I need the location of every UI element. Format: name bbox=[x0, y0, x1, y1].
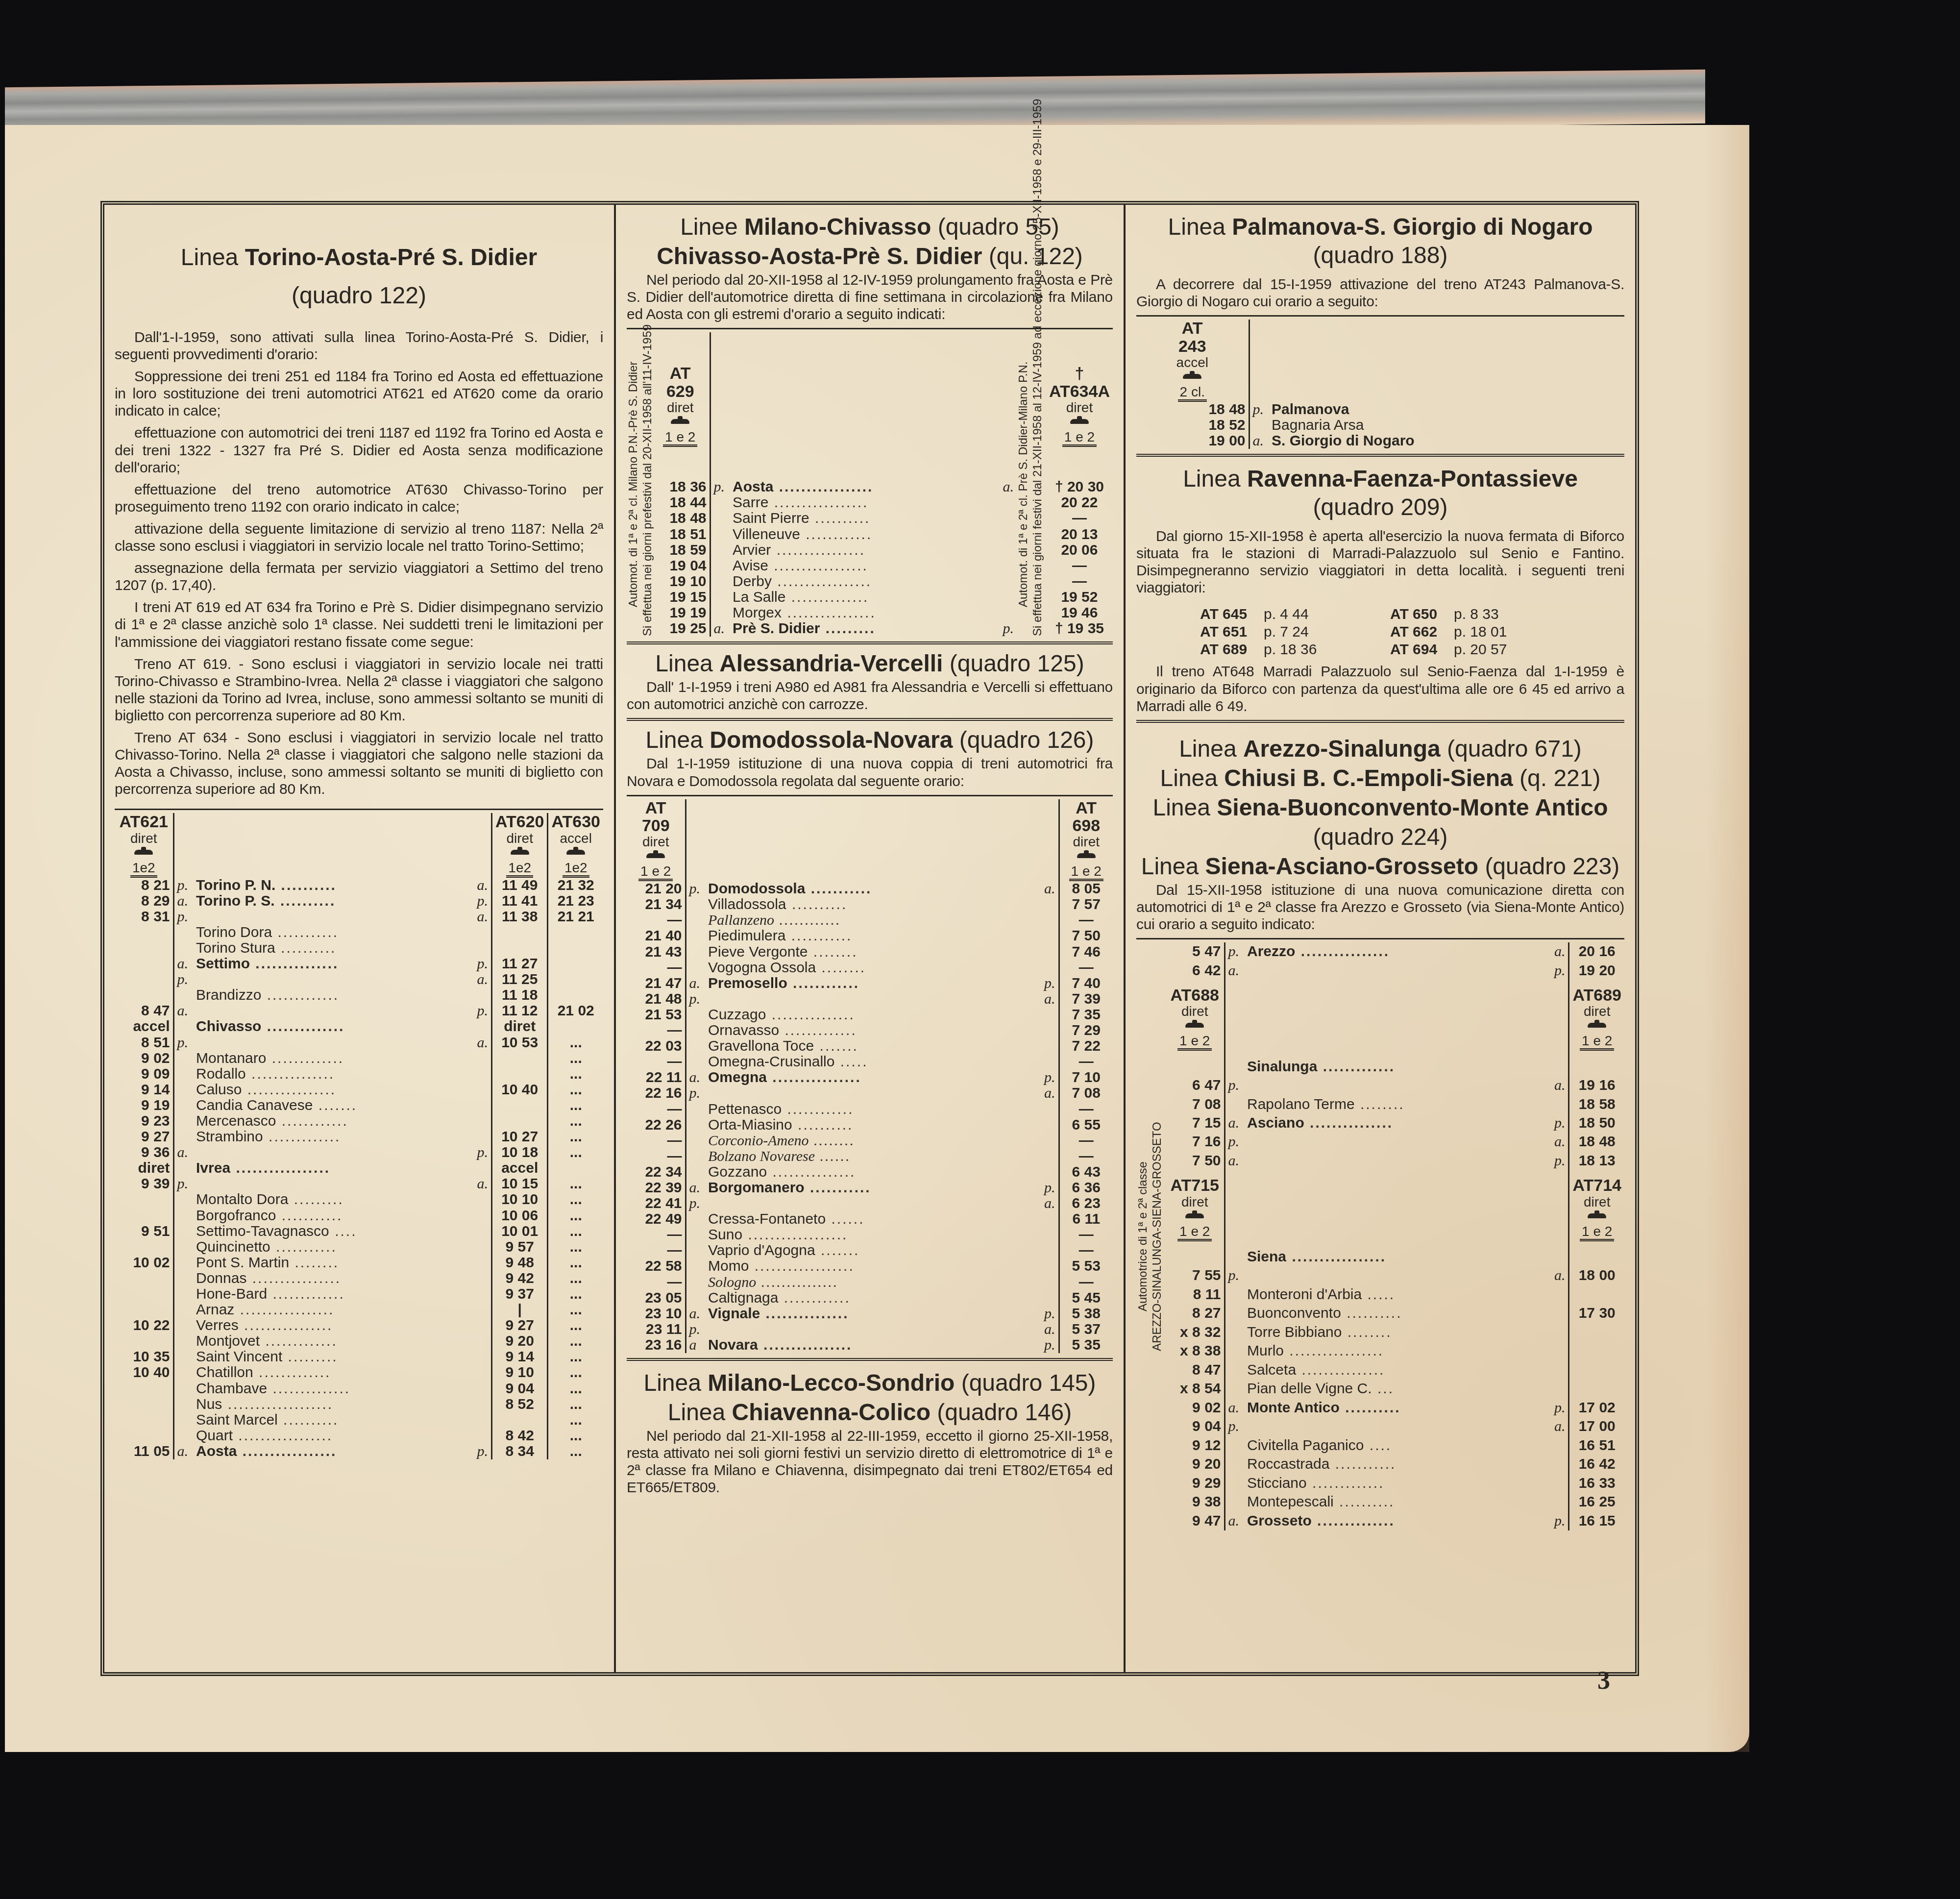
time-at630 bbox=[548, 1160, 603, 1176]
time-at630 bbox=[548, 940, 603, 956]
divider bbox=[1136, 938, 1624, 939]
dep-arr-mark bbox=[1039, 1243, 1059, 1258]
station-name: La Salle bbox=[733, 589, 785, 605]
dep-arr-mark bbox=[173, 1113, 193, 1129]
dep-arr-mark bbox=[1225, 1436, 1244, 1455]
station-cell bbox=[1244, 1417, 1549, 1436]
station-name: Piedimulera bbox=[708, 928, 785, 944]
dep-arr-mark bbox=[173, 1286, 193, 1302]
time-at709: — bbox=[627, 913, 686, 928]
dep-arr-mark: a. bbox=[686, 1180, 705, 1196]
station-name: Candia Canavese bbox=[196, 1097, 313, 1113]
dep-arr-mark bbox=[710, 543, 730, 558]
time-at620 bbox=[491, 1051, 548, 1066]
dep-arr-mark bbox=[472, 1318, 491, 1333]
time-at698: — bbox=[1059, 913, 1113, 928]
leader-dots: ........... bbox=[1329, 1456, 1396, 1472]
title-prefix: Linea bbox=[645, 727, 703, 753]
leader-dots: ........... bbox=[270, 1239, 337, 1255]
station-name: Grosseto bbox=[1247, 1513, 1312, 1529]
time-at620: 9 57 bbox=[491, 1239, 548, 1255]
station-name: Caltignaga bbox=[708, 1290, 778, 1306]
time-at630: ... bbox=[548, 1051, 603, 1066]
time-at620 bbox=[491, 1098, 548, 1113]
time-right: 17 00 bbox=[1569, 1417, 1624, 1436]
railcar-icon bbox=[1069, 416, 1090, 427]
table-row: 23 05Caltignaga ............5 45 bbox=[627, 1290, 1113, 1306]
time-at621: 10 35 bbox=[115, 1349, 173, 1365]
dep-arr-mark: p. bbox=[1549, 1152, 1569, 1170]
leader-dots: ..... bbox=[1362, 1286, 1395, 1303]
railcar-icon bbox=[1184, 1210, 1205, 1221]
time-at630: ... bbox=[548, 1333, 603, 1349]
time-at620: 9 37 bbox=[491, 1286, 548, 1302]
dep-arr-mark bbox=[472, 1349, 491, 1365]
train-number: 629 bbox=[654, 383, 707, 400]
train-entry: AT 694p. 20 57 bbox=[1390, 641, 1561, 658]
table-row: Arnaz .................|... bbox=[115, 1302, 603, 1318]
dep-arr-mark: a. bbox=[1039, 1322, 1059, 1337]
time-at620: 11 38 bbox=[491, 909, 548, 925]
leader-dots: ............... bbox=[1296, 1362, 1385, 1378]
dep-arr-mark bbox=[472, 925, 491, 940]
station-name: Palmanova bbox=[1269, 402, 1624, 418]
leader-dots: ............. bbox=[266, 1050, 344, 1066]
dep-arr-mark bbox=[173, 1365, 193, 1381]
dep-arr-mark bbox=[472, 1208, 491, 1224]
time-at620: 9 14 bbox=[491, 1349, 548, 1365]
train-number: AT689 bbox=[1572, 986, 1621, 1004]
station-cell: Piedimulera ........... bbox=[705, 928, 1039, 944]
station-cell: Settimo ............... bbox=[193, 956, 472, 972]
time-at243: 19 00 bbox=[1136, 433, 1249, 449]
time-at698: 6 43 bbox=[1059, 1164, 1113, 1180]
dep-arr-mark bbox=[1549, 1493, 1569, 1511]
station-cell: Pieve Vergonte ........ bbox=[705, 944, 1039, 960]
time-left: 7 16 bbox=[1166, 1133, 1225, 1151]
class-label: 1e2 bbox=[506, 861, 533, 878]
dep-arr-mark bbox=[173, 925, 193, 940]
time-at709: 21 53 bbox=[627, 1007, 686, 1023]
time-at620: 8 42 bbox=[491, 1428, 548, 1444]
dep-arr-mark bbox=[1549, 1455, 1569, 1474]
timetable-torino-aosta: AT621diret1e2AT620diret1e2AT630accel1e28… bbox=[115, 813, 603, 1459]
station-cell: Domodossola ........... bbox=[705, 881, 1039, 897]
leader-dots: .......... bbox=[278, 1412, 339, 1428]
table-row: 22 11a.Omegna ................p.7 10 bbox=[627, 1070, 1113, 1085]
timetable-palmanova: AT243accel2 cl.18 48p.Palmanova18 52Bagn… bbox=[1136, 320, 1624, 449]
quadro-label: (quadro 122) bbox=[115, 282, 603, 309]
station-name: Settimo-Tavagnasco bbox=[196, 1223, 329, 1239]
table-row: 9 12Civitella Paganico ....16 51 bbox=[1166, 1436, 1624, 1455]
dep-arr-mark: a. bbox=[472, 972, 491, 987]
time-left: x 8 54 bbox=[1166, 1380, 1225, 1398]
section-title-domodossola: Linea Domodossola-Novara (quadro 126) bbox=[627, 726, 1113, 755]
station-cell: Aosta ................. bbox=[730, 479, 997, 495]
title-line: Siena-Asciano-Grosseto bbox=[1205, 854, 1478, 880]
time-at709: 23 11 bbox=[627, 1322, 686, 1337]
station-cell: Torino Dora ........... bbox=[193, 925, 472, 940]
dep-arr-mark bbox=[1225, 1304, 1244, 1323]
station-cell: Hone-Bard ............. bbox=[193, 1286, 472, 1302]
time-at621: 9 51 bbox=[115, 1224, 173, 1239]
section-title-ravenna: Linea Ravenna-Faenza-Pontassieve bbox=[1136, 465, 1624, 494]
dep-arr-mark bbox=[472, 1160, 491, 1176]
time-at698: 5 38 bbox=[1059, 1306, 1113, 1322]
vertical-note-line: Automot. di 1ª e 2ª cl. Milano P.N.-Prè … bbox=[627, 332, 641, 636]
dep-arr-mark: a. bbox=[173, 956, 193, 972]
station-name: Settimo bbox=[196, 956, 250, 972]
dep-arr-mark: a. bbox=[472, 1176, 491, 1192]
table-row: 9 29Sticciano .............16 33 bbox=[1166, 1474, 1624, 1492]
quadro-label: (quadro 145) bbox=[961, 1370, 1096, 1396]
dep-arr-mark bbox=[1039, 1211, 1059, 1227]
leader-dots: ........ bbox=[808, 944, 857, 960]
station-name: Aosta bbox=[196, 1443, 237, 1459]
time-at709: 21 43 bbox=[627, 944, 686, 960]
time-at630: ... bbox=[548, 1255, 603, 1271]
table-row: Sinalunga ............. bbox=[1166, 1057, 1624, 1076]
train-number: AT634A bbox=[1049, 383, 1110, 400]
station-name: Omegna-Crusinallo bbox=[708, 1054, 834, 1070]
dep-arr-mark: a. bbox=[1225, 1399, 1244, 1417]
dep-arr-mark: a. bbox=[1039, 991, 1059, 1007]
time-at709: 23 05 bbox=[627, 1290, 686, 1306]
station-name: Prè S. Didier bbox=[733, 620, 820, 637]
title-prefix: Linea bbox=[1168, 214, 1225, 240]
time-at698: 5 35 bbox=[1059, 1337, 1113, 1353]
dep-arr-mark bbox=[472, 1113, 491, 1129]
dep-arr-mark: p. bbox=[472, 956, 491, 972]
train-type: diret bbox=[495, 831, 544, 846]
station-cell: Omegna-Crusinallo ..... bbox=[705, 1054, 1039, 1070]
dep-arr-mark: p. bbox=[1549, 1511, 1569, 1530]
time-at630: ... bbox=[548, 1349, 603, 1365]
dep-arr-mark: a. bbox=[173, 893, 193, 909]
time-at621: 10 40 bbox=[115, 1365, 173, 1381]
time-at621 bbox=[115, 1271, 173, 1286]
time-at634a: † 19 35 bbox=[1046, 621, 1113, 637]
table-row: 22 41p.a.6 23 bbox=[627, 1196, 1113, 1211]
leader-dots: ........... bbox=[805, 1180, 871, 1196]
train-number: AT620 bbox=[495, 813, 544, 831]
station-name: Quincinetto bbox=[196, 1239, 270, 1255]
time-at629: 18 36 bbox=[651, 479, 710, 495]
dep-arr-mark bbox=[710, 558, 730, 574]
time-at621: 11 05 bbox=[115, 1444, 173, 1459]
time-left: 9 20 bbox=[1166, 1455, 1225, 1474]
dep-arr-mark bbox=[1549, 1285, 1569, 1304]
time-at621 bbox=[115, 956, 173, 972]
notice-paragraph: Nel periodo dal 21-XII-1958 al 22-III-19… bbox=[627, 1428, 1113, 1496]
station-name: S. Giorgio di Nogaro bbox=[1269, 433, 1624, 449]
station-cell: Novara ................ bbox=[705, 1337, 1039, 1353]
station-cell: Cressa-Fontaneto ...... bbox=[705, 1211, 1039, 1227]
time-at698: 5 53 bbox=[1059, 1258, 1113, 1274]
table-row: Brandizzo .............11 18 bbox=[115, 987, 603, 1003]
train-prefix: AT bbox=[1139, 320, 1246, 337]
time-at620: 11 27 bbox=[491, 956, 548, 972]
station-cell: Morgex ................ bbox=[730, 605, 997, 621]
dep-arr-mark: p. bbox=[1225, 1266, 1244, 1285]
dep-arr-mark bbox=[1039, 1149, 1059, 1164]
header-spacer bbox=[173, 813, 491, 877]
vertical-note-line: Automotrice di 1ª e 2ª classe bbox=[1136, 942, 1151, 1530]
leader-dots: ................ bbox=[771, 542, 865, 558]
time-at620: 9 27 bbox=[491, 1318, 548, 1333]
station-cell: Strambino ............. bbox=[193, 1129, 472, 1145]
time-at621: 9 39 bbox=[115, 1176, 173, 1192]
train-type: diret bbox=[1169, 1004, 1221, 1019]
table-row: x 8 32Torre Bibbiano ........ bbox=[1166, 1323, 1624, 1342]
station-cell: Momo .................. bbox=[705, 1258, 1039, 1274]
time-right bbox=[1569, 1342, 1624, 1360]
station-name: Novara bbox=[708, 1337, 758, 1353]
time-at709: 22 03 bbox=[627, 1038, 686, 1054]
table-row: Quincinetto ...........9 57... bbox=[115, 1239, 603, 1255]
time-at630: ... bbox=[548, 1145, 603, 1160]
station-name: Momo bbox=[708, 1258, 749, 1274]
time-at630: 21 32 bbox=[548, 878, 603, 893]
dep-arr-mark: a. bbox=[173, 1145, 193, 1160]
time-right: 18 50 bbox=[1569, 1114, 1624, 1133]
quadro-label: (q. 221) bbox=[1519, 765, 1600, 791]
leader-dots: ................. bbox=[234, 1302, 334, 1318]
railcar-icon bbox=[1076, 850, 1097, 861]
table-row: 7 16p.a.18 48 bbox=[1166, 1133, 1624, 1151]
station-name: Murlo bbox=[1247, 1343, 1284, 1359]
dep-arr-mark bbox=[686, 1007, 705, 1023]
station-name: Domodossola bbox=[708, 881, 805, 897]
dep-arr-mark: a. bbox=[1225, 1152, 1244, 1170]
title-prefix: Linea bbox=[1141, 854, 1199, 880]
time-at698: 5 45 bbox=[1059, 1290, 1113, 1306]
biforco-train-list: AT 645p. 4 44AT 650p. 8 33AT 651p. 7 24A… bbox=[1136, 601, 1624, 663]
station-name: Saint Marcel bbox=[196, 1412, 278, 1428]
time-at629: 19 04 bbox=[651, 558, 710, 574]
station-cell: Buonconvento .......... bbox=[1244, 1304, 1549, 1323]
station-name: Sticciano bbox=[1247, 1475, 1307, 1491]
station-name: Vignale bbox=[708, 1306, 760, 1322]
notice-paragraph: Soppressione dei treni 251 ed 1184 fra T… bbox=[115, 368, 603, 419]
station-cell: Vaprio d'Agogna ....... bbox=[705, 1243, 1039, 1258]
dep-arr-mark: p. bbox=[1039, 1306, 1059, 1322]
table-row: 20 06 bbox=[1046, 543, 1113, 558]
dep-arr-mark bbox=[686, 1102, 705, 1117]
time-at709: — bbox=[627, 1149, 686, 1164]
dep-arr-mark: p. bbox=[686, 1322, 705, 1337]
table-row: 22 34Gozzano ...............6 43 bbox=[627, 1164, 1113, 1180]
dep-arr-mark bbox=[1549, 1323, 1569, 1342]
time-at630: 21 02 bbox=[548, 1003, 603, 1019]
table-row: —Pettenasco ............— bbox=[627, 1102, 1113, 1117]
table-row: 18 52Bagnaria Arsa bbox=[1136, 418, 1624, 433]
time-at634a: 20 06 bbox=[1046, 543, 1113, 558]
time-at620 bbox=[491, 940, 548, 956]
time-at709: 23 16 bbox=[627, 1337, 686, 1353]
leader-dots: ................. bbox=[1286, 1249, 1386, 1265]
time-at621: 8 29 bbox=[115, 893, 173, 909]
dep-arr-mark: p. bbox=[1039, 1070, 1059, 1085]
section-title-chiavenna: Linea Chiavenna-Colico (quadro 146) bbox=[627, 1398, 1113, 1428]
station-name: Aosta bbox=[733, 479, 773, 495]
station-name: Pont S. Martin bbox=[196, 1255, 289, 1271]
time-at630: ... bbox=[548, 1444, 603, 1459]
station-cell: Vignale ............... bbox=[705, 1306, 1039, 1322]
time-right: 17 30 bbox=[1569, 1304, 1624, 1323]
title-line: Chivasso-Aosta-Prè S. Didier bbox=[657, 244, 982, 270]
dep-arr-mark bbox=[173, 1255, 193, 1271]
time-right: 18 13 bbox=[1569, 1152, 1624, 1170]
station-name: Ivrea bbox=[196, 1160, 230, 1176]
table-row: 19 15La Salle .............. bbox=[651, 590, 1017, 605]
time-at709: 22 49 bbox=[627, 1211, 686, 1227]
railcar-icon bbox=[1184, 1020, 1205, 1031]
class-label: 1 e 2 bbox=[1177, 1034, 1212, 1051]
train-number: AT 694 bbox=[1390, 641, 1454, 658]
dep-arr-mark: a. bbox=[686, 1306, 705, 1322]
station-cell: Salceta ............... bbox=[1244, 1361, 1549, 1380]
title-prefix: Linea bbox=[1183, 466, 1240, 492]
timetable-subheader: AT715diret1 e 2AT714diret1 e 2 bbox=[1166, 1170, 1624, 1247]
dep-arr-mark bbox=[686, 1023, 705, 1038]
station-cell: Arnaz ................. bbox=[193, 1302, 472, 1318]
dep-arr-mark bbox=[1225, 1342, 1244, 1360]
title-line: Milano-Lecco-Sondrio bbox=[708, 1370, 955, 1396]
table-row: 5 47p.Arezzo ................a.20 16 bbox=[1166, 942, 1624, 961]
time-at698: 7 35 bbox=[1059, 1007, 1113, 1023]
table-row: 21 20p.Domodossola ...........a.8 05 bbox=[627, 881, 1113, 897]
time-left: x 8 38 bbox=[1166, 1342, 1225, 1360]
station-name: Borgofranco bbox=[196, 1208, 276, 1224]
station-cell: Orta-Miasino .......... bbox=[705, 1117, 1039, 1133]
time-right bbox=[1569, 1361, 1624, 1380]
time-at709: 22 26 bbox=[627, 1117, 686, 1133]
table-row: Quart .................8 42... bbox=[115, 1428, 603, 1444]
departure-time: p. 8 33 bbox=[1454, 606, 1499, 622]
title-line: Chiusi B. C.-Empoli-Siena bbox=[1224, 765, 1513, 791]
header-spacer bbox=[686, 799, 1059, 882]
train-prefix: AT bbox=[630, 799, 682, 817]
dep-arr-mark: a. bbox=[1549, 1266, 1569, 1285]
dep-arr-mark bbox=[1039, 960, 1059, 976]
station-cell bbox=[705, 991, 1039, 1007]
station-name: Rodallo bbox=[196, 1066, 246, 1082]
train-number: AT715 bbox=[1169, 1177, 1221, 1194]
station-cell: Candia Canavese ....... bbox=[193, 1098, 472, 1113]
table-row: accelChivasso ..............diret bbox=[115, 1019, 603, 1035]
station-name: Pieve Vergonte bbox=[708, 944, 808, 960]
time-right: 16 15 bbox=[1569, 1511, 1624, 1530]
table-row: 22 26Orta-Miasino ..........6 55 bbox=[627, 1117, 1113, 1133]
table-row: 10 35Saint Vincent .........9 14... bbox=[115, 1349, 603, 1365]
dep-arr-mark bbox=[1225, 1285, 1244, 1304]
dep-arr-mark: p. bbox=[1039, 1180, 1059, 1196]
table-row: 10 02Pont S. Martin ........9 48... bbox=[115, 1255, 603, 1271]
time-at630: ... bbox=[548, 1113, 603, 1129]
dep-arr-mark bbox=[686, 913, 705, 928]
time-at698: — bbox=[1059, 1227, 1113, 1243]
dep-arr-mark bbox=[1039, 944, 1059, 960]
dep-arr-mark: p. bbox=[472, 1003, 491, 1019]
dep-arr-mark bbox=[1549, 1248, 1569, 1266]
leader-dots: ............. bbox=[253, 1364, 331, 1381]
time-right: 20 16 bbox=[1569, 942, 1624, 961]
dep-arr-mark bbox=[1039, 1133, 1059, 1149]
dep-arr-mark bbox=[1249, 418, 1269, 433]
station-cell: Mercenasco ............ bbox=[193, 1113, 472, 1129]
station-name: Pian delle Vigne C. bbox=[1247, 1381, 1372, 1397]
time-at698: — bbox=[1059, 960, 1113, 976]
station-cell: Aosta ................. bbox=[193, 1444, 472, 1459]
table-row: —Vogogna Ossola ........— bbox=[627, 960, 1113, 976]
time-at630: ... bbox=[548, 1192, 603, 1208]
leader-dots: ................ bbox=[767, 1069, 861, 1085]
train-prefix: AT bbox=[1063, 799, 1110, 817]
station-cell: Torino P. N. .......... bbox=[193, 878, 472, 893]
table-row: Hone-Bard .............9 37... bbox=[115, 1286, 603, 1302]
train-type: diret bbox=[1049, 400, 1110, 415]
time-right bbox=[1569, 1057, 1624, 1076]
table-row: 8 47Salceta ............... bbox=[1166, 1361, 1624, 1380]
dep-arr-mark: a. bbox=[1225, 1114, 1244, 1133]
leader-dots: ............ bbox=[276, 1113, 348, 1129]
time-at709: 22 41 bbox=[627, 1196, 686, 1211]
time-at630: ... bbox=[548, 1381, 603, 1397]
leader-dots: ................ bbox=[758, 1337, 853, 1353]
table-row: 6 47p.a.19 16 bbox=[1166, 1076, 1624, 1095]
leader-dots: ................. bbox=[233, 1428, 333, 1444]
time-at629: 18 59 bbox=[651, 543, 710, 558]
title-line: Torino-Aosta-Pré S. Didier bbox=[245, 245, 538, 271]
section-title: Linea Siena-Asciano-Grosseto (quadro 223… bbox=[1136, 852, 1624, 882]
dep-arr-mark bbox=[1039, 1290, 1059, 1306]
leader-dots: ......... bbox=[288, 1191, 343, 1208]
leader-dots: ................. bbox=[237, 1443, 337, 1459]
dep-arr-mark bbox=[1549, 1474, 1569, 1492]
table-row: 9 38Montepescali ..........16 25 bbox=[1166, 1493, 1624, 1511]
leader-dots: ................ bbox=[1295, 943, 1390, 960]
table-row: 9 04p.a.17 00 bbox=[1166, 1417, 1624, 1436]
station-name: Premosello bbox=[708, 975, 787, 991]
class-label: 1 e 2 bbox=[1580, 1224, 1614, 1241]
time-at243: 18 48 bbox=[1136, 402, 1249, 418]
table-row: 18 51Villeneuve ............ bbox=[651, 527, 1017, 543]
table-row: —Omegna-Crusinallo .....— bbox=[627, 1054, 1113, 1070]
dep-arr-mark bbox=[173, 1349, 193, 1365]
leader-dots: ................ bbox=[782, 605, 876, 621]
station-cell bbox=[193, 1145, 472, 1160]
table-row: 10 22Verres ................9 27... bbox=[115, 1318, 603, 1333]
dep-arr-mark bbox=[472, 1066, 491, 1082]
table-row: 19 00a.S. Giorgio di Nogaro bbox=[1136, 433, 1624, 449]
table-row: 8 31p.a.11 3821 21 bbox=[115, 909, 603, 925]
title-prefix: Linea bbox=[1160, 765, 1218, 791]
time-at698: 6 23 bbox=[1059, 1196, 1113, 1211]
dep-arr-mark bbox=[472, 1428, 491, 1444]
time-at709: 22 34 bbox=[627, 1164, 686, 1180]
leader-dots: .............. bbox=[785, 589, 869, 605]
timetable-arezzo-grosseto: Automotrice di 1ª e 2ª classe AREZZO-SIN… bbox=[1136, 942, 1624, 1530]
railcar-icon bbox=[1587, 1020, 1607, 1031]
dep-arr-mark bbox=[1225, 1455, 1244, 1474]
timetable-aosta-pre-s-didier: Automot. di 1ª e 2ª cl. Milano P.N.-Prè … bbox=[627, 332, 1113, 637]
leader-dots: .......... bbox=[1334, 1494, 1395, 1510]
page-edge-stain bbox=[1705, 125, 1749, 1752]
time-at620: 10 01 bbox=[491, 1224, 548, 1239]
table-row: 19 10Derby ................. bbox=[651, 574, 1017, 590]
station-name: Donnas bbox=[196, 1270, 246, 1286]
